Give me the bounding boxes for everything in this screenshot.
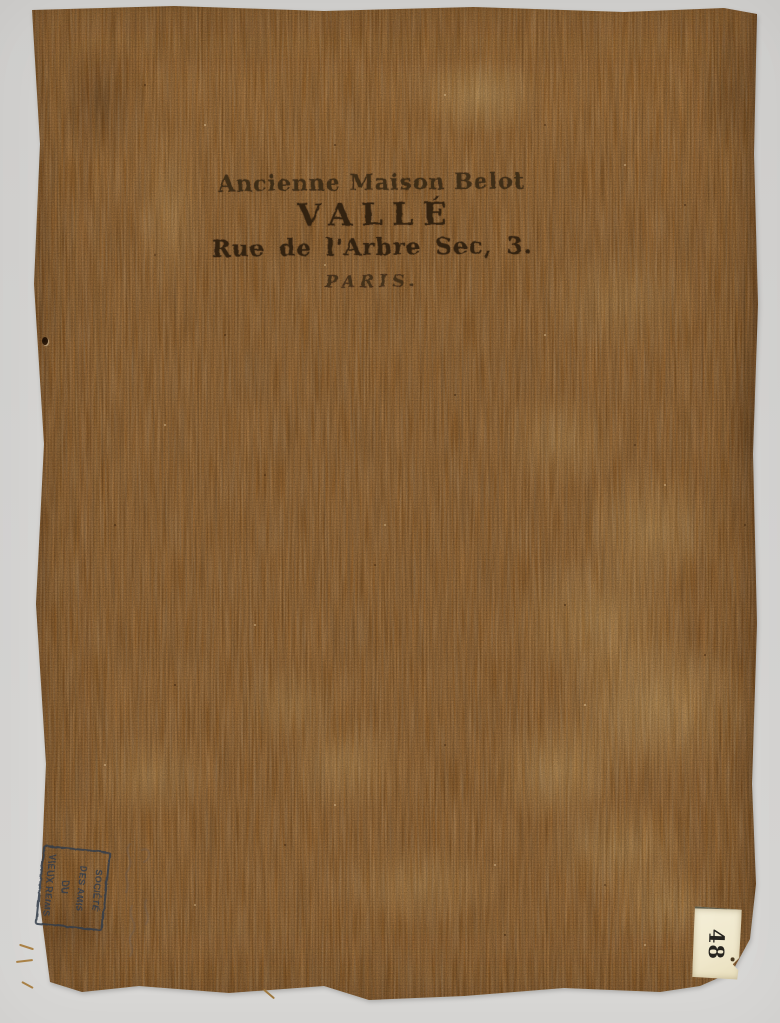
fabric-hole: [42, 337, 48, 345]
printed-title-block: Ancienne Maison Belot VALLÉ Rue de l'Arb…: [171, 168, 572, 294]
stamp-line: DU: [59, 880, 71, 895]
photo-backdrop: Ancienne Maison Belot VALLÉ Rue de l'Arb…: [0, 0, 780, 1023]
collection-stamp: SOCIÉTÉ DES AMIS DU VIEUX REIMS: [35, 845, 111, 932]
dark-fiber-specks: [24, 4, 26, 6]
pencil-inscription: [112, 836, 172, 966]
stamp-line: VIEUX REIMS: [41, 854, 58, 917]
stamp-line: DES AMIS: [73, 865, 88, 912]
former-house-name: Ancienne Maison Belot: [171, 168, 571, 198]
street-address: Rue de l'Arbre Sec, 3.: [172, 232, 572, 263]
inventory-number: 48: [704, 928, 730, 960]
merchant-name: VALLÉ: [172, 195, 572, 235]
city-name: PARIS.: [172, 270, 572, 294]
stamp-line: SOCIÉTÉ: [89, 869, 104, 912]
inventory-label: 48: [692, 906, 742, 979]
light-fiber-flecks: [24, 4, 26, 6]
label-speck: [731, 957, 735, 961]
